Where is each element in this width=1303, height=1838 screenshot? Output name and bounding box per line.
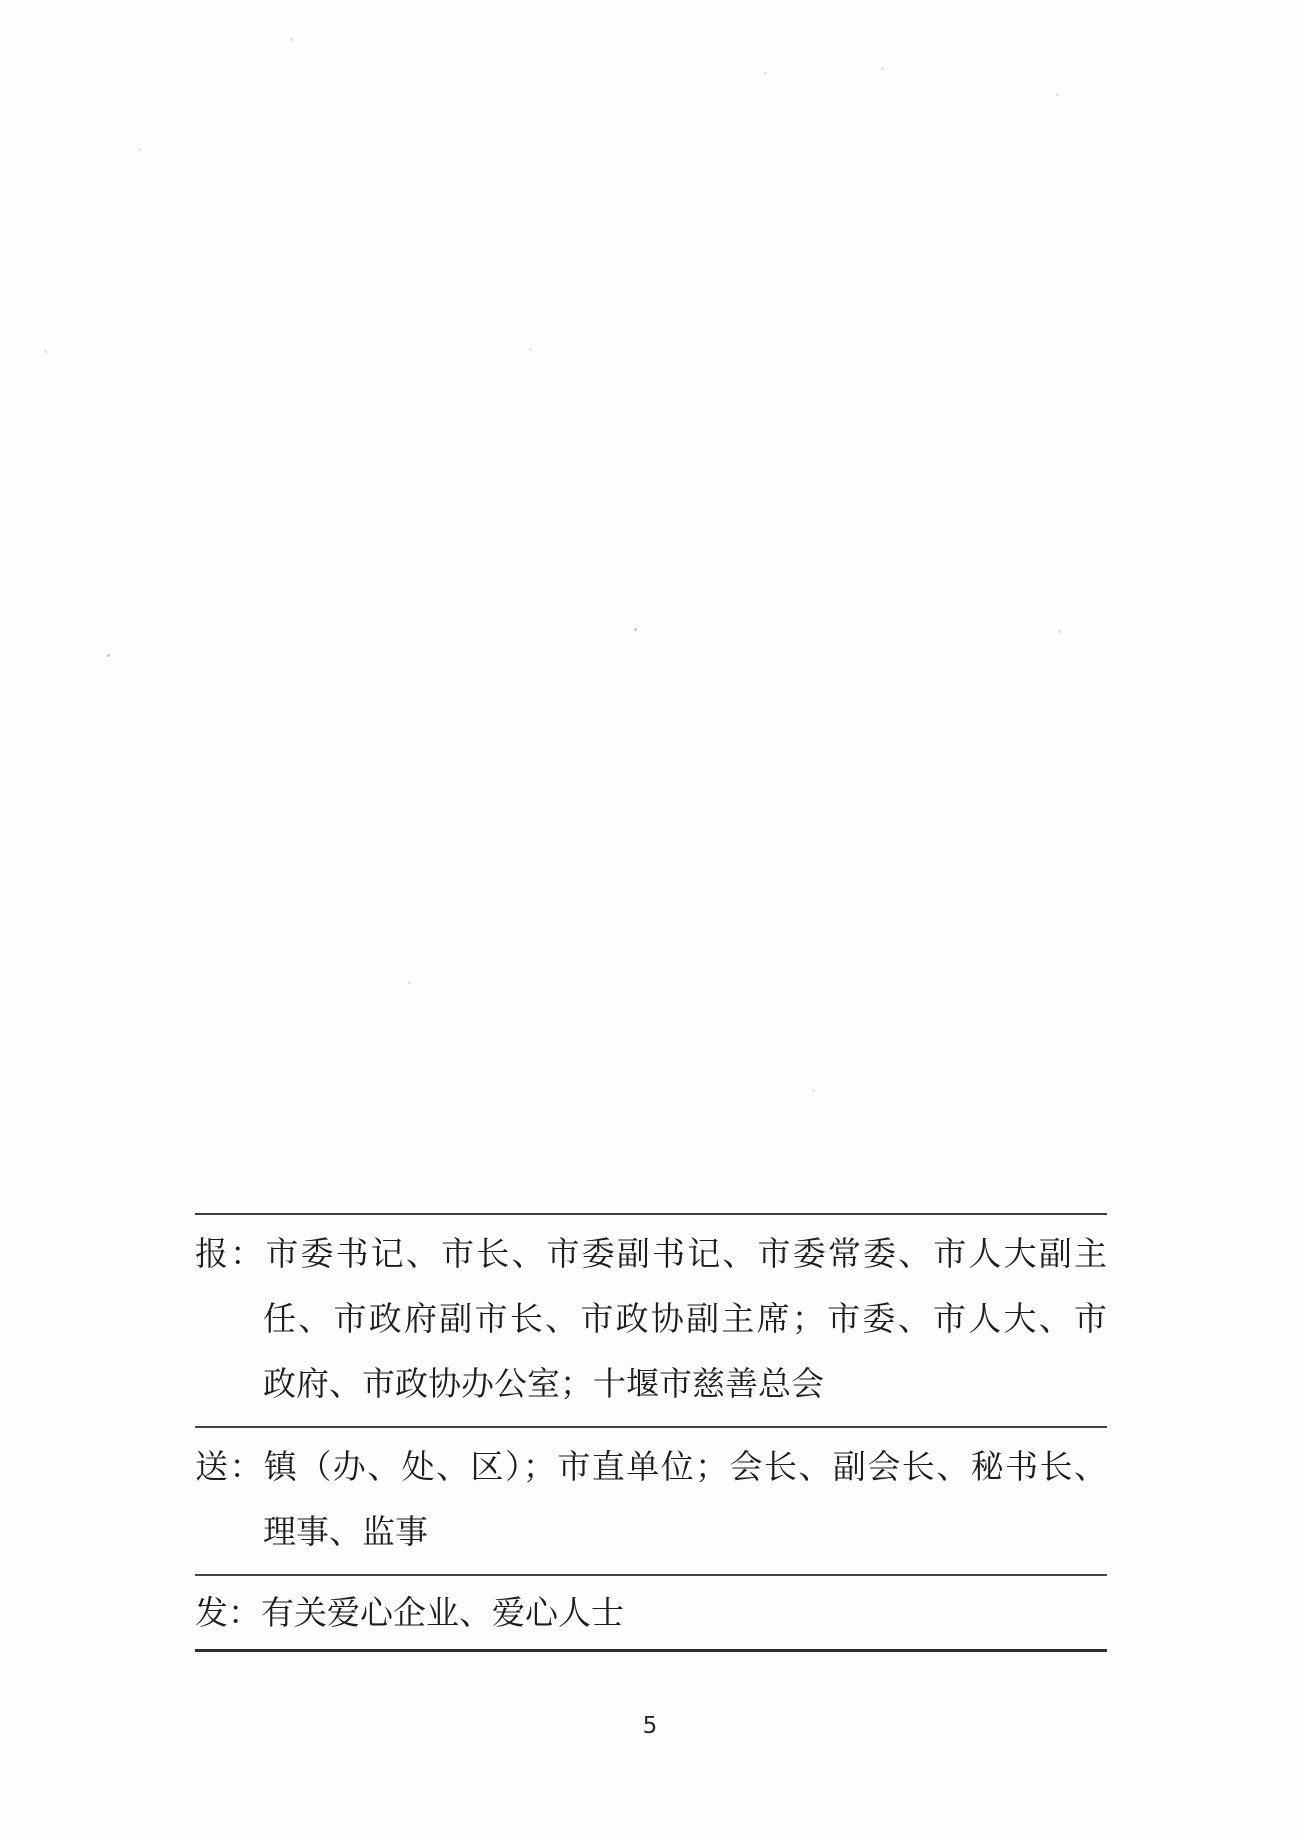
scan-speck xyxy=(529,348,532,351)
scan-speck xyxy=(764,72,767,75)
report-to-line-1: 报：市委书记、市长、市委副书记、市委常委、市人大副主 xyxy=(195,1223,1107,1288)
send-to-line-1: 送：镇（办、处、区）；市直单位；会长、副会长、秘书长、 xyxy=(195,1436,1107,1501)
scan-speck xyxy=(44,350,47,353)
scan-speck xyxy=(634,628,637,631)
distribution-block: 报：市委书记、市长、市委副书记、市委常委、市人大副主 任、市政府副市长、市政协副… xyxy=(195,1213,1107,1652)
document-page: 报：市委书记、市长、市委副书记、市委常委、市人大副主 任、市政府副市长、市政协副… xyxy=(0,0,1303,1838)
scan-speck xyxy=(812,1089,815,1092)
scan-speck xyxy=(408,981,411,984)
report-to-line-3: 政府、市政协办公室；十堰市慈善总会 xyxy=(263,1353,1107,1418)
scan-speck xyxy=(1056,93,1059,96)
report-to-section: 报：市委书记、市长、市委副书记、市委常委、市人大副主 任、市政府副市长、市政协副… xyxy=(195,1215,1107,1426)
scan-speck xyxy=(1058,630,1061,633)
report-to-line-2: 任、市政府副市长、市政协副主席；市委、市人大、市 xyxy=(263,1288,1107,1353)
page-number: 5 xyxy=(600,1710,700,1742)
scan-speck xyxy=(290,38,293,41)
scan-speck xyxy=(107,654,110,657)
issue-to-line-1: 发：有关爱心企业、爱心人士 xyxy=(195,1582,1107,1647)
send-to-section: 送：镇（办、处、区）；市直单位；会长、副会长、秘书长、 理事、监事 xyxy=(195,1426,1107,1574)
scan-speck xyxy=(881,67,884,70)
send-to-line-2: 理事、监事 xyxy=(263,1501,1107,1566)
scan-speck xyxy=(138,148,141,151)
issue-to-section: 发：有关爱心企业、爱心人士 xyxy=(195,1574,1107,1649)
